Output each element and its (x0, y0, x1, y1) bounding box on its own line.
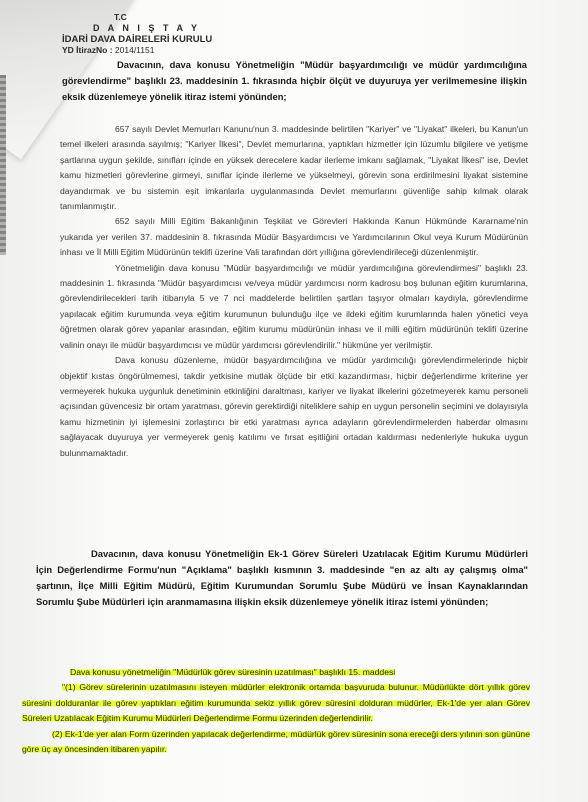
case-number-line: YD İtirazNo : 2014/1151 (62, 45, 212, 56)
case-label: YD İtirazNo : (62, 45, 113, 55)
regulation-clause-1: "(1) Görev sürelerinin uzatılmasını iste… (22, 680, 530, 726)
highlighted-clause-1: "(1) Görev sürelerinin uzatılmasını iste… (22, 682, 530, 723)
paragraph-hukuka-aykirilik: Dava konusu düzenleme, müdür başyardımcı… (60, 353, 528, 461)
scanned-document-page: T.C D A N I Ş T A Y İDARİ DAVA DAİRELERİ… (0, 0, 588, 802)
regulation-clause-2: (2) Ek-1'de yer alan Form üzerinden yapı… (22, 727, 530, 758)
header-tc: T.C (114, 12, 212, 23)
section-1-body: 657 sayılı Devlet Memurları Kanunu'nun 3… (60, 122, 528, 461)
paragraph-652-khk: 652 sayılı Milli Eğitim Bakanlığının Teş… (60, 214, 528, 260)
section-2-heading: Davacının, dava konusu Yönetmeliğin Ek-1… (36, 546, 528, 610)
paragraph-kariyer-liyakat: 657 sayılı Devlet Memurları Kanunu'nun 3… (60, 122, 528, 214)
paragraph-madde-23: Yönetmeliğin dava konusu "Müdür başyardı… (60, 261, 528, 353)
section-1-heading-block: Davacının, dava konusu Yönetmeliğin "Müd… (62, 57, 527, 105)
header-board: İDARİ DAVA DAİRELERİ KURULU (62, 34, 212, 45)
case-number: 2014/1151 (115, 45, 155, 55)
section-2-body: Dava konusu yönetmeliğin "Müdürlük görev… (22, 665, 530, 757)
regulation-intro: Dava konusu yönetmeliğin "Müdürlük görev… (22, 665, 530, 680)
section-1-heading: Davacının, dava konusu Yönetmeliğin "Müd… (62, 57, 527, 105)
section-2-heading-block: Davacının, dava konusu Yönetmeliğin Ek-1… (36, 546, 528, 610)
document-header: T.C D A N I Ş T A Y İDARİ DAVA DAİRELERİ… (62, 12, 212, 56)
highlighted-intro: Dava konusu yönetmeliğin "Müdürlük görev… (70, 667, 395, 677)
binder-edge (0, 75, 6, 255)
header-institution: D A N I Ş T A Y (93, 23, 212, 34)
highlighted-clause-2: (2) Ek-1'de yer alan Form üzerinden yapı… (22, 729, 530, 754)
